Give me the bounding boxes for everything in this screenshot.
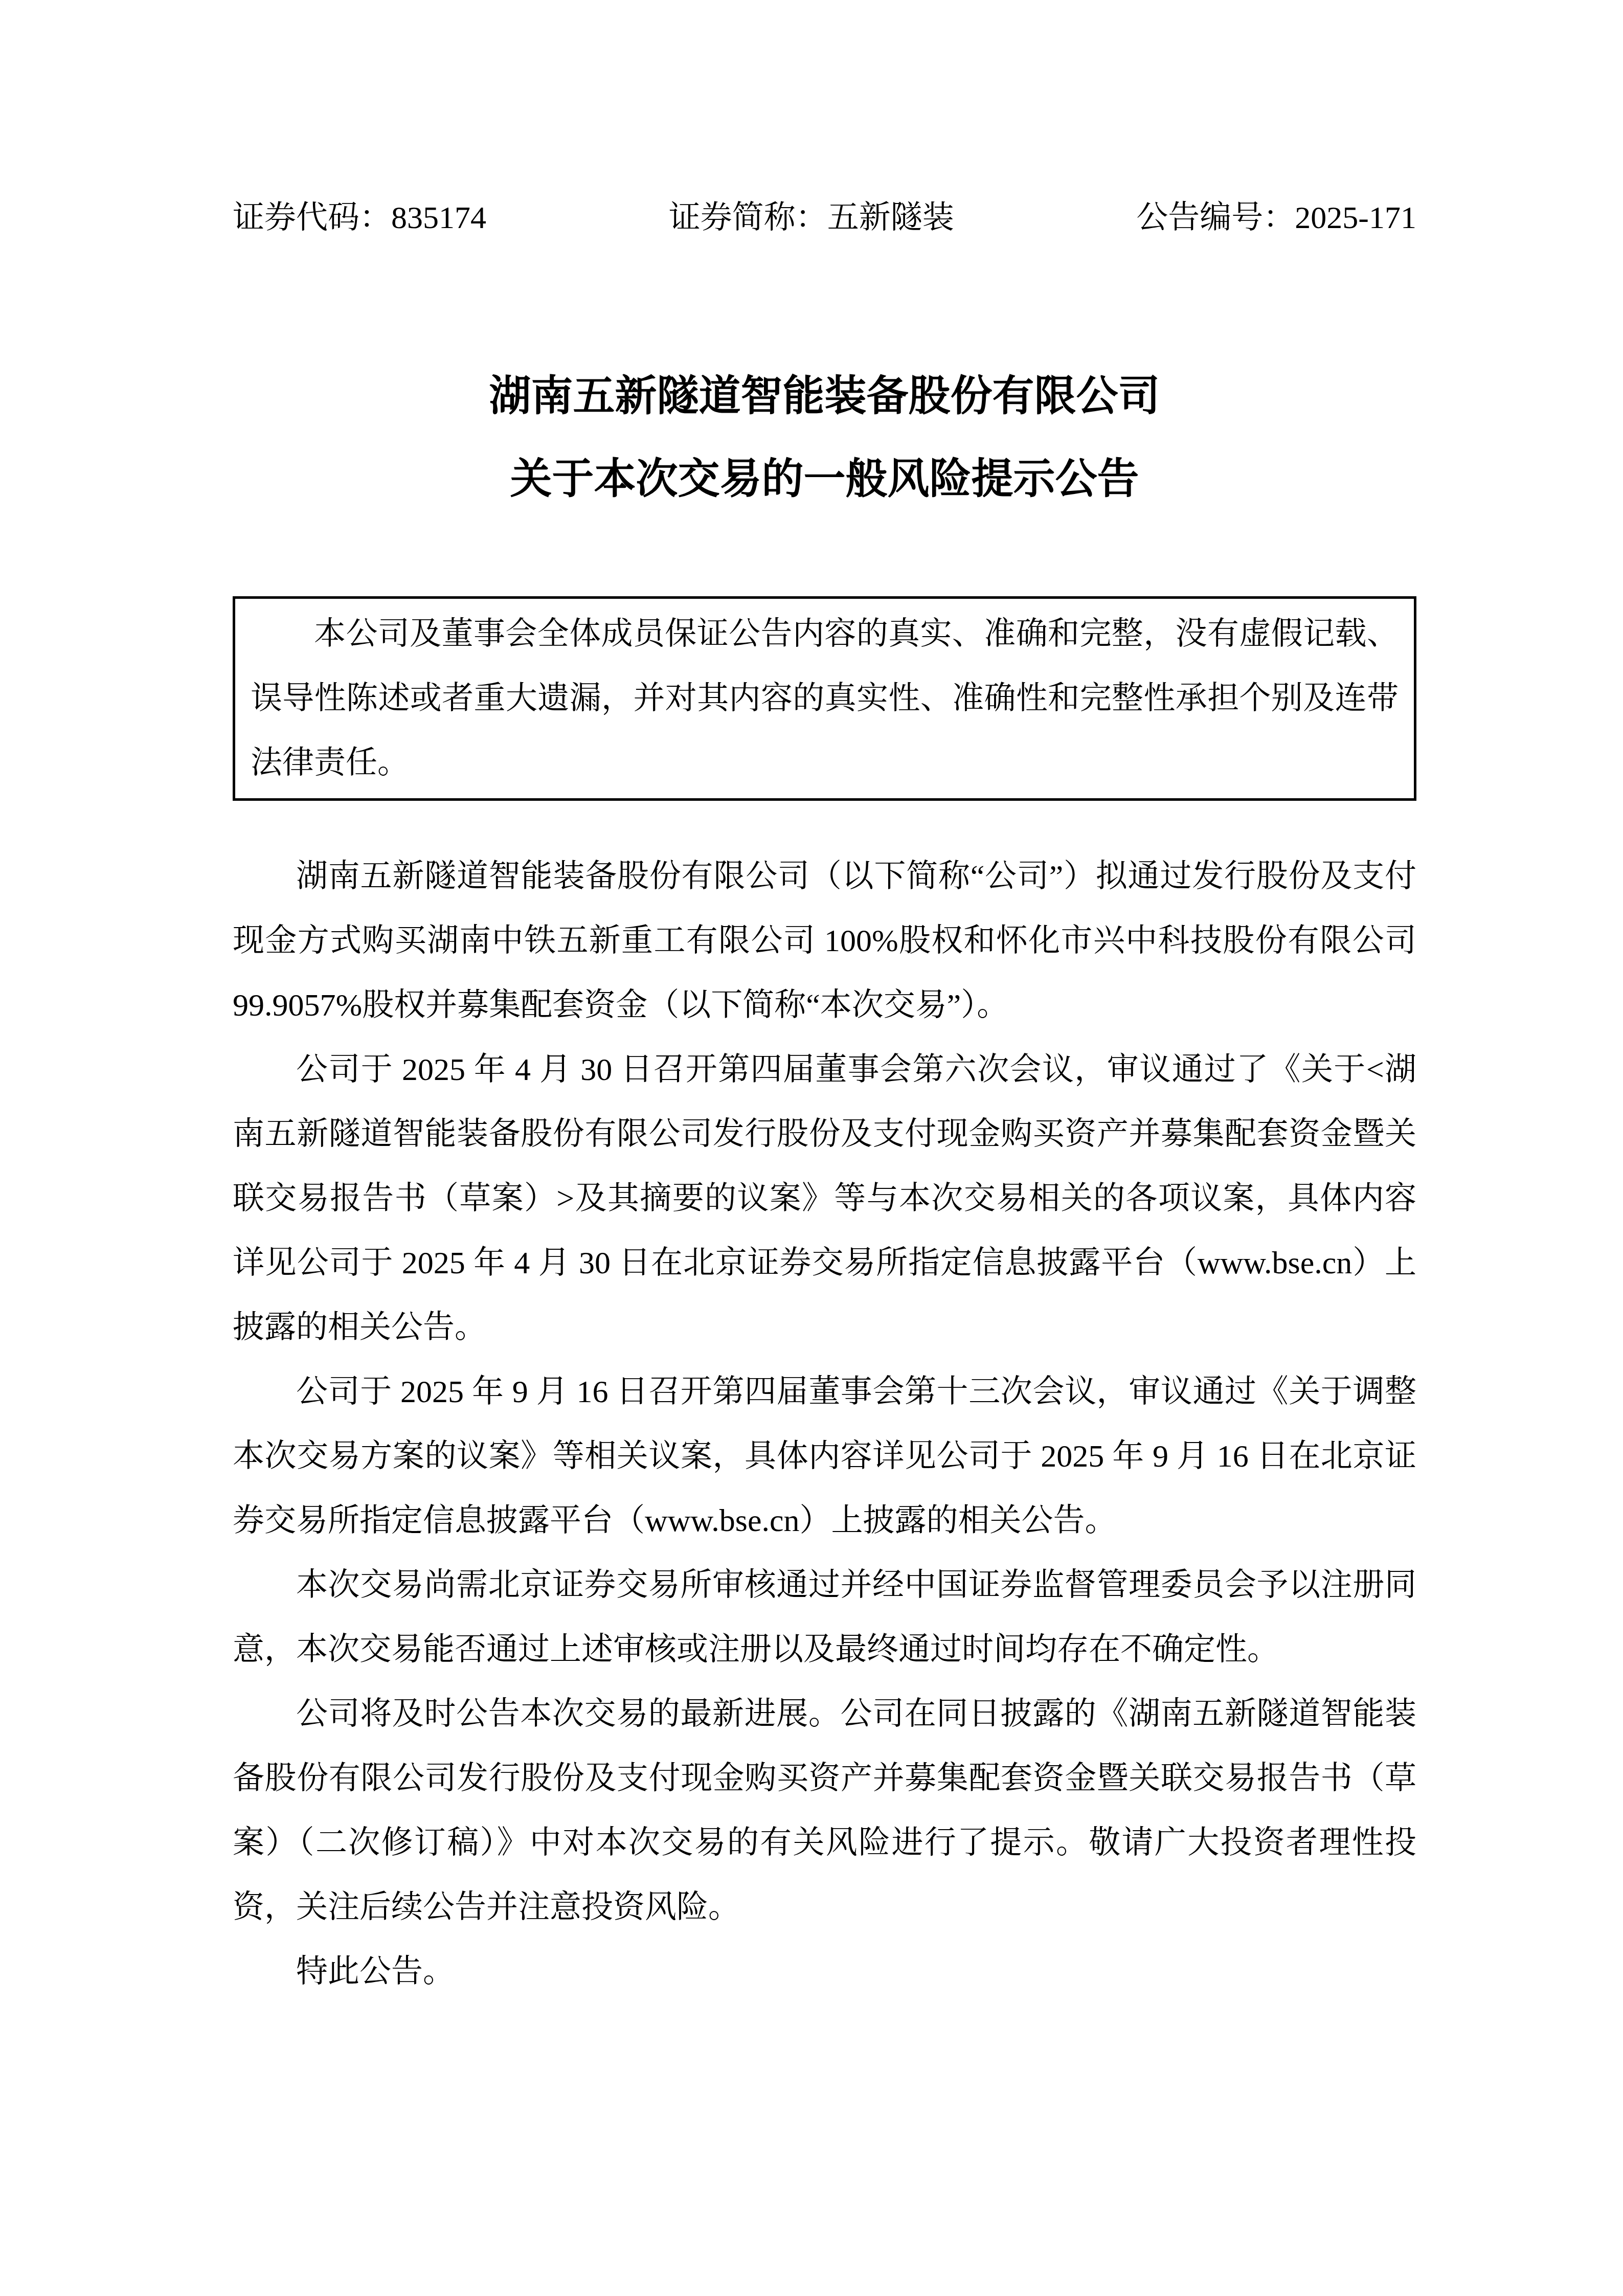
disclaimer-text: 本公司及董事会全体成员保证公告内容的真实、准确和完整，没有虚假记载、误导性陈述或…	[251, 602, 1399, 795]
body-paragraph-4: 本次交易尚需北京证券交易所审核通过并经中国证券监督管理委员会予以注册同意，本次交…	[233, 1553, 1416, 1682]
body-paragraph-3: 公司于 2025 年 9 月 16 日召开第四届董事会第十三次会议，审议通过《关…	[233, 1360, 1416, 1553]
disclaimer-box: 本公司及董事会全体成员保证公告内容的真实、准确和完整，没有虚假记载、误导性陈述或…	[233, 596, 1416, 801]
document-header: 证券代码：835174 证券简称：五新隧装 公告编号：2025-171	[233, 199, 1416, 236]
announcement-number: 公告编号：2025-171	[1136, 199, 1416, 236]
stock-code: 证券代码：835174	[233, 199, 486, 236]
announcement-title: 关于本次交易的一般风险提示公告	[233, 450, 1416, 508]
body-paragraph-2: 公司于 2025 年 4 月 30 日召开第四届董事会第六次会议，审议通过了《关…	[233, 1038, 1416, 1360]
body-paragraph-5: 公司将及时公告本次交易的最新进展。公司在同日披露的《湖南五新隧道智能装备股份有限…	[233, 1682, 1416, 1940]
body-paragraph-1: 湖南五新隧道智能装备股份有限公司（以下简称“公司”）拟通过发行股份及支付现金方式…	[233, 844, 1416, 1038]
stock-abbr: 证券简称：五新隧装	[669, 199, 954, 236]
announcement-page: 证券代码：835174 证券简称：五新隧装 公告编号：2025-171 湖南五新…	[0, 0, 1623, 2296]
announcement-body: 湖南五新隧道智能装备股份有限公司（以下简称“公司”）拟通过发行股份及支付现金方式…	[233, 844, 1416, 2004]
body-paragraph-6: 特此公告。	[233, 1940, 1416, 2004]
company-title: 湖南五新隧道智能装备股份有限公司	[233, 367, 1416, 425]
